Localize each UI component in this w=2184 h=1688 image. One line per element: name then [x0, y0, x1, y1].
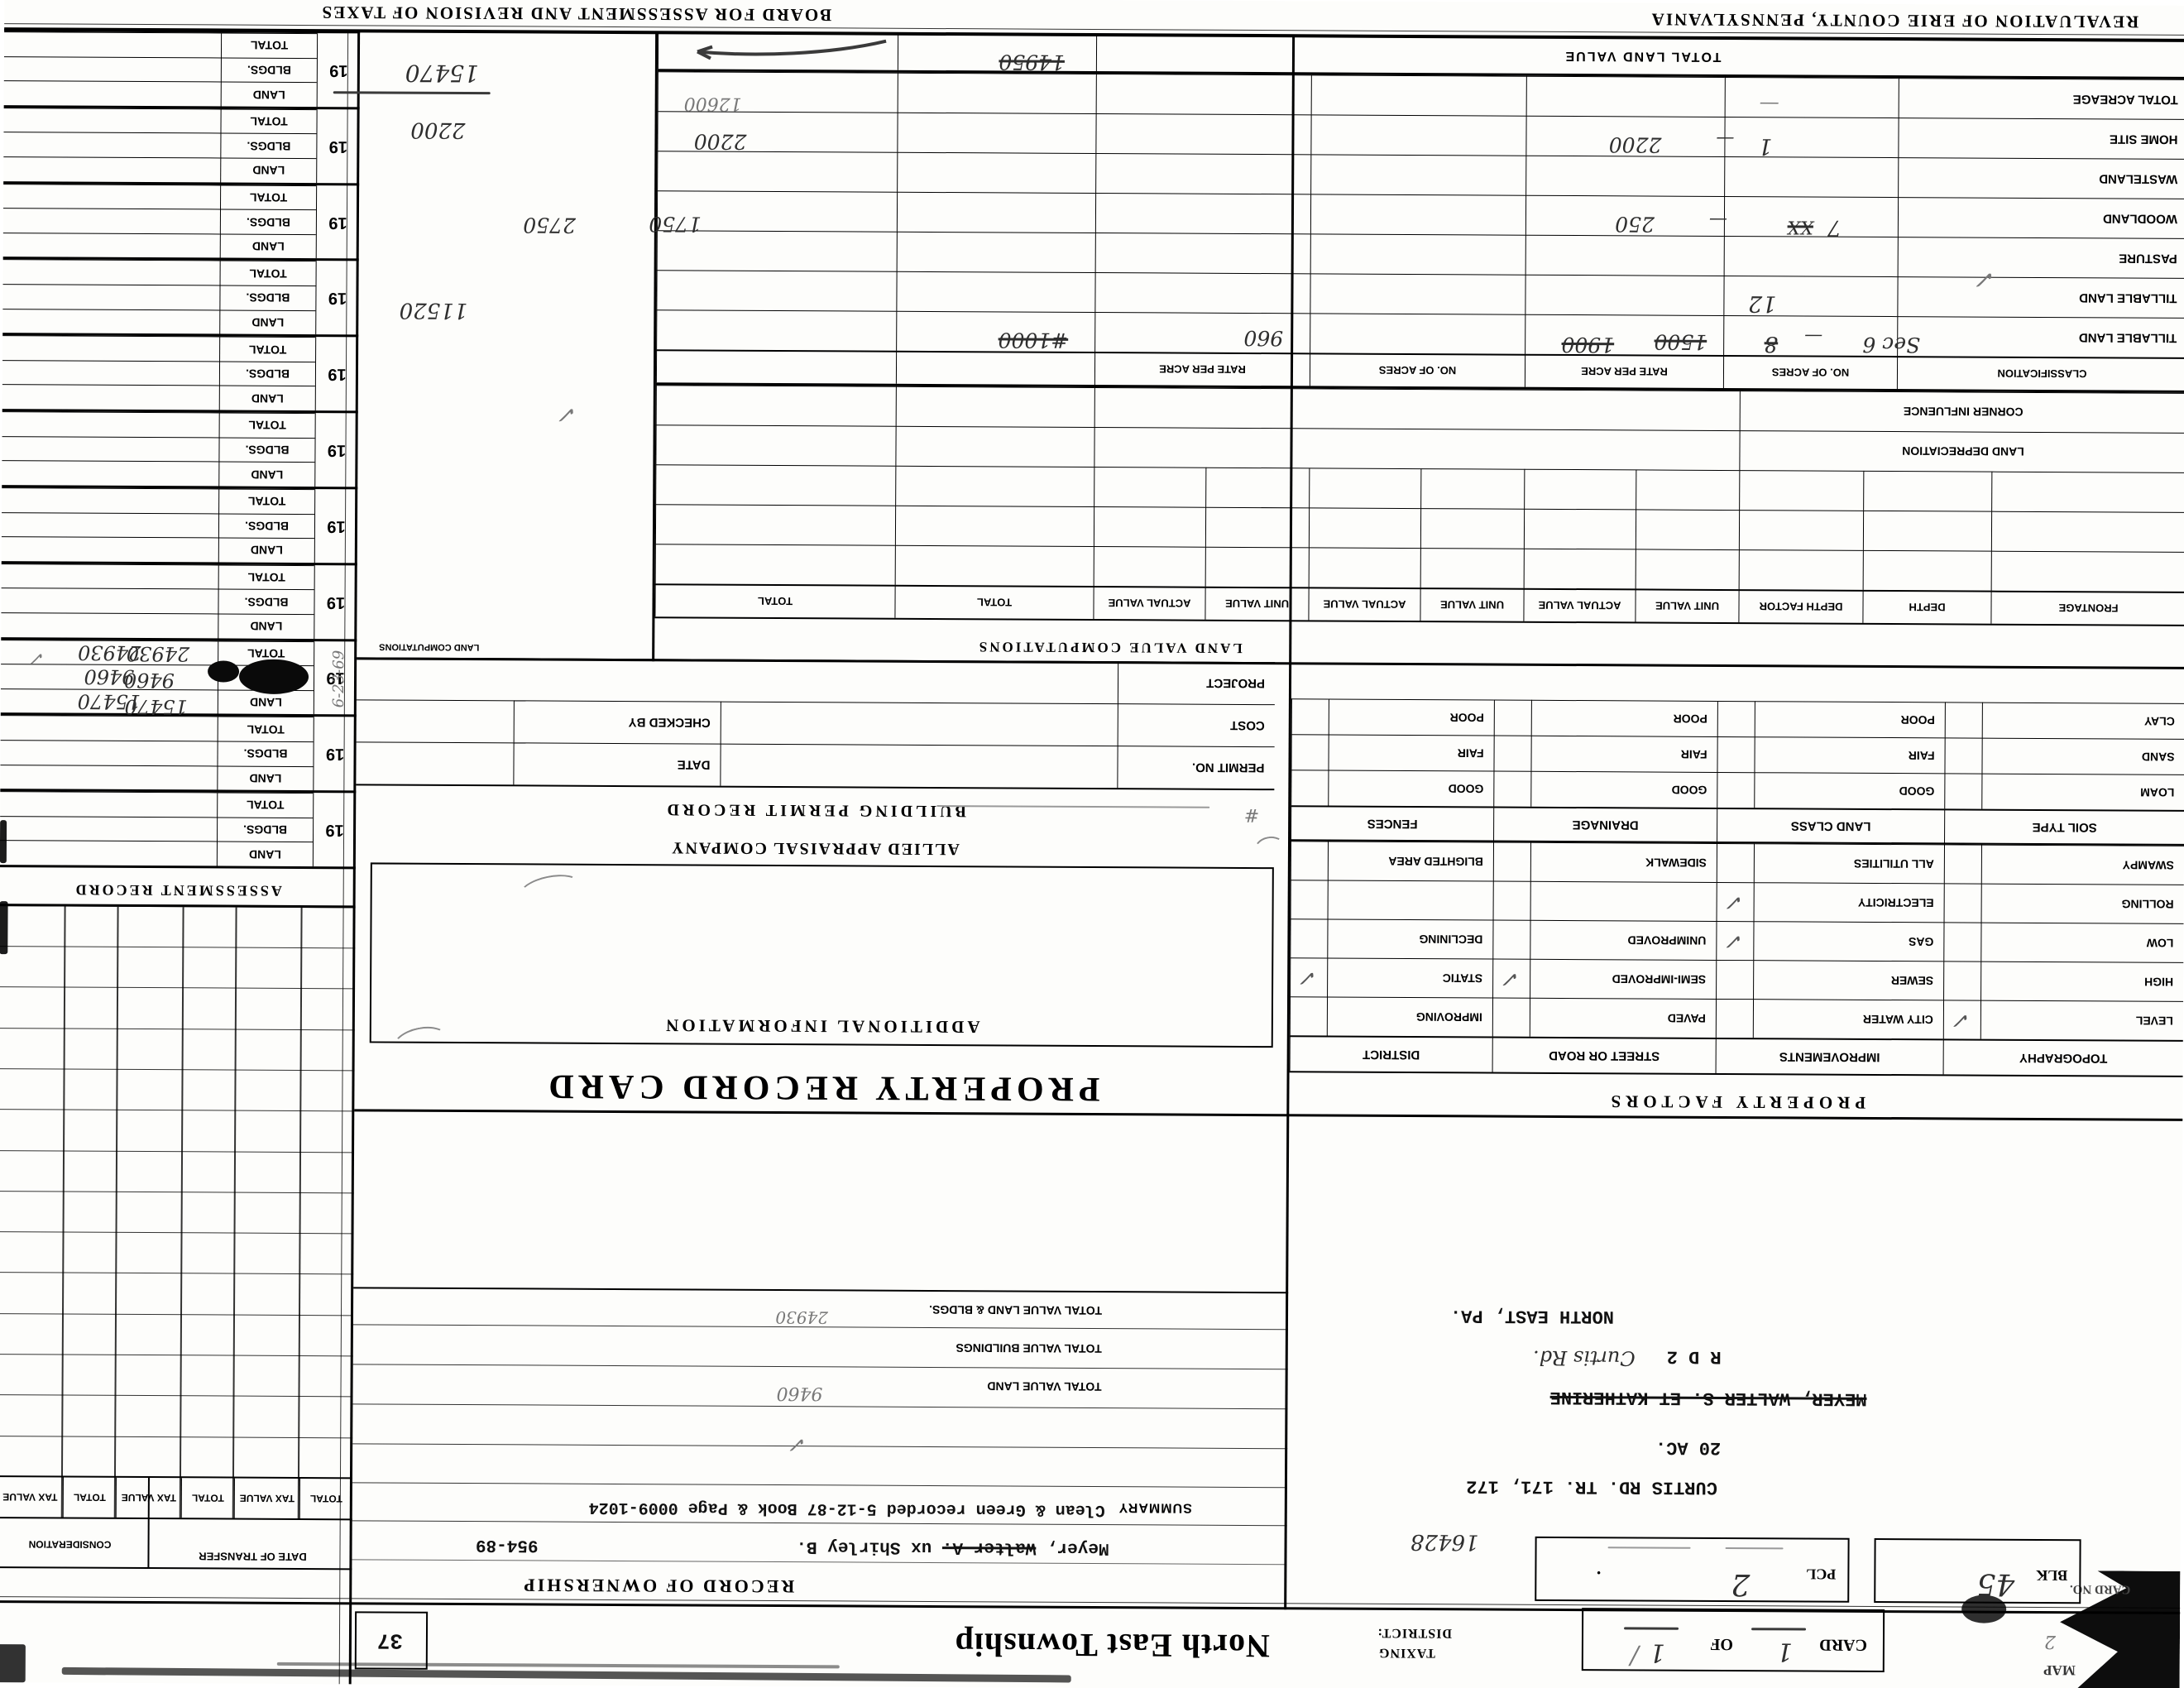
lvc-cell [1739, 470, 1863, 511]
permit-cell [720, 744, 1117, 789]
factor-group-header: IMPROVEMENTS [1716, 1038, 1943, 1074]
year-label-column: LANDBLDGS.TOTAL [217, 717, 313, 790]
factor-checkbox [1290, 918, 1327, 957]
factor-label: DECLINING [1327, 918, 1492, 958]
lvc-cell [1309, 507, 1420, 548]
year-value-column [0, 715, 217, 789]
ownership-table-rules [0, 1682, 2180, 1688]
year-row-value [2, 385, 219, 410]
lvc-cell [895, 545, 1094, 586]
factor-label: ELECTRICITY [1754, 882, 1944, 922]
lvc-header-cell: UNIT VALUE [1420, 587, 1523, 621]
factor-subcheckbox [1717, 772, 1754, 808]
permit-cell: COST [1118, 703, 1275, 746]
lvc-header-cell: FRONTAGE [1990, 591, 2184, 625]
township-name: North East Township [954, 1625, 1270, 1666]
year-value-column [3, 184, 220, 258]
pencil-note: Curtis Rd. [1533, 1348, 1636, 1369]
factor-sublabel: CLAY [1982, 703, 2184, 739]
class-value-cell [1525, 235, 1724, 276]
year-row-value [2, 335, 219, 361]
pencil-note: # [1244, 805, 1260, 823]
tax-column-line [114, 907, 119, 1518]
address-rd: R D 2 [1667, 1346, 1722, 1367]
class-value-cell [657, 230, 897, 271]
class-row: PASTURE [657, 230, 2184, 278]
lvc-cell [1524, 509, 1636, 549]
lvc-cell [655, 464, 895, 506]
factor-checkbox [1493, 842, 1530, 881]
year-block: 19LANDBLDGS.TOTAL [1, 561, 357, 639]
year-row-value [4, 80, 221, 106]
footer-right: BOARD FOR ASSESSMENT AND REVISION OF TAX… [320, 2, 831, 25]
year-row-label: TOTAL [218, 564, 314, 589]
ownership-row-2: Clean & Green recorded 5-12-87 Book & Pa… [589, 1498, 1105, 1519]
year-cell: 19 [313, 793, 356, 866]
factor-check-mark: ✓ [1953, 1007, 1971, 1032]
pencil-note: 2200 [410, 119, 465, 141]
year-row-label: BLDGS. [219, 361, 315, 386]
year-cell: 19 [317, 33, 360, 107]
pencil-note: — [1709, 210, 1727, 228]
lvc-blank-row [655, 544, 2184, 592]
class-value-cell [1096, 74, 1311, 114]
class-value-cell [1095, 233, 1310, 273]
pencil-note: 2750 [523, 214, 576, 235]
lvc-header-cell: UNIT VALUE [1205, 587, 1308, 621]
year-row-value [2, 309, 219, 334]
lvc-cell [1094, 506, 1205, 547]
pencil-line [1624, 1627, 1679, 1629]
building-permit-table: PERMIT NO.DATECOSTCHECKED BYPROJECT [356, 656, 1275, 790]
year-row-value [1, 587, 218, 613]
ruled-line [352, 1482, 1287, 1488]
factor-sublabel: POOR [1755, 701, 1945, 737]
year-row-label: TOTAL [220, 108, 316, 133]
factor-label: CITY WATER [1753, 999, 1943, 1038]
lvc-cell [1863, 511, 1991, 551]
footer-left: REVALUATION OF ERIE COUNTY, PENNSYLVANIA [1650, 9, 2139, 32]
year-block: 19LANDBLDGS.TOTAL [2, 333, 358, 410]
pencil-note: 15470 [124, 697, 187, 717]
year-label-column: LANDBLDGS.TOTAL [218, 413, 314, 487]
year-label-column: LANDBLDGS.TOTAL [217, 793, 313, 866]
year-row-value [4, 56, 221, 82]
year-cell: 19 [314, 413, 357, 487]
factor-checkbox: ✓ [1716, 921, 1753, 960]
class-value-cell [1724, 156, 1898, 197]
land-computations-label: LAND COMPUTATIONS [361, 641, 497, 652]
tax-column-line [61, 906, 66, 1517]
year-row-label: LAND [218, 462, 314, 487]
tax-column-line [298, 908, 303, 1518]
year-value-column [2, 411, 218, 486]
permit-cell: PROJECT [1118, 661, 1275, 704]
year-row-label: BLDGS. [220, 133, 316, 158]
lvc-cell [1420, 468, 1524, 509]
factor-checkbox [1944, 883, 1981, 922]
pencil-note: 16428 [1410, 1531, 1479, 1552]
factor-sublabel: FAIR [1530, 736, 1717, 772]
lvc-cell [1205, 547, 1309, 587]
year-row-value [3, 208, 220, 233]
pencil-note: 1 [1777, 1638, 1793, 1663]
class-value-cell [897, 152, 1095, 193]
lvc-cell [1205, 507, 1309, 548]
class-row: TILLABLE LAND [656, 270, 2184, 318]
lvc-header-cell: ACTUAL VALUE [1308, 587, 1420, 621]
pencil-note: 9460 [124, 670, 175, 690]
factor-subcheckbox [1945, 702, 1982, 737]
lvc-cell [895, 506, 1094, 546]
pencil-note: 12600 [684, 94, 742, 112]
owner-name-post: ux Shirley B. [796, 1537, 942, 1556]
factor-subcheckbox [1944, 737, 1981, 773]
class-header-cell: RATE PER ACRE [1094, 352, 1310, 386]
factor-checkbox [1291, 841, 1328, 880]
year-label-column: LANDBLDGS.TOTAL [219, 337, 315, 410]
class-value-cell [1310, 194, 1525, 234]
district-number: 37 [377, 1628, 403, 1652]
year-block: 19LANDBLDGS.TOTAL [3, 105, 359, 183]
factor-checkbox [1290, 996, 1327, 1035]
factor-checkbox: ✓ [1492, 959, 1530, 998]
class-value-cell [1525, 156, 1724, 196]
map-label-fragment: MAP [2043, 1662, 2076, 1678]
class-value-cell [897, 113, 1095, 153]
year-row-label: BLDGS. [218, 513, 314, 538]
class-row: TILLABLE LAND [656, 309, 2184, 357]
factor-subgroup-header: FENCES [1291, 805, 1493, 842]
factor-sublabel: GOOD [1754, 772, 1944, 808]
tax-column-line [232, 908, 237, 1518]
year-cell: 19 [313, 717, 356, 790]
class-value-cell [1526, 76, 1725, 117]
factor-label: SWAMPY [1981, 845, 2184, 885]
year-row-value [2, 460, 218, 486]
tax-value-header-row: TOTALTAX VALUETOTALTAX VALUETOTALTAX VAL… [0, 1477, 352, 1518]
factor-subgroup-header: LAND CLASS [1717, 808, 1944, 844]
class-value-cell [1310, 273, 1525, 314]
factor-sublabel: FAIR [1328, 734, 1493, 770]
lvc-cell [1863, 550, 1991, 591]
pencil-note: 960 [1243, 328, 1283, 348]
lvc-dep-row: CORNER INFLUENCE [656, 385, 2184, 433]
year-row-label: BLDGS. [218, 589, 314, 614]
property-record-card-title: PROPERTY RECORD CARD [354, 1065, 1289, 1110]
class-header-cell: NO. OF ACRES [1310, 352, 1525, 386]
pencil-note: XX [1788, 217, 1813, 235]
scanned-document: MAP CARD NO. CARD OF BLK PCL . TAXING DI… [0, 0, 2184, 1688]
class-header-cell [896, 351, 1094, 385]
lvc-header-cell: DEPTH [1862, 590, 1990, 624]
property-factors-table: TOPOGRAPHYIMPROVEMENTSSTREET OR ROADDIST… [1290, 698, 2184, 1077]
lvc-cell [1739, 510, 1863, 550]
class-header-cell: RATE PER ACRE [1525, 354, 1723, 388]
permit-cell [357, 699, 514, 742]
year-value-column [2, 487, 218, 562]
class-value-cell [1310, 154, 1525, 194]
year-block: 19LANDBLDGS.TOTAL [4, 29, 360, 107]
class-row-label: PASTURE [1898, 237, 2184, 278]
year-row-label: TOTAL [218, 488, 314, 513]
year-row-value [0, 765, 217, 790]
year-row-label: BLDGS. [217, 817, 313, 842]
address-street: CURTIS RD. TR. 171, 172 [1466, 1475, 1717, 1498]
lvc-cell [655, 504, 895, 545]
factor-sublabel: FAIR [1754, 736, 1944, 773]
pencil-note: 14950 [999, 51, 1065, 72]
year-label-column: LANDBLDGS.TOTAL [220, 185, 316, 258]
factor-subcheckbox [1493, 736, 1530, 771]
year-row-label: TOTAL [219, 413, 315, 438]
factor-subgroup-header: SOIL TYPE [1944, 808, 2184, 846]
year-block: 19LANDBLDGS.TOTAL [0, 712, 356, 790]
class-value-cell [657, 151, 897, 192]
factor-label: SEWER [1753, 960, 1943, 1000]
factor-group-header: STREET OR ROAD [1492, 1037, 1716, 1073]
tax-header-cell: TOTAL [299, 1479, 352, 1518]
year-block: 19LANDBLDGS.TOTAL [2, 485, 357, 563]
lvc-cell [1991, 551, 2184, 592]
class-row-label: TILLABLE LAND [1897, 316, 2184, 357]
year-row-label: LAND [218, 538, 314, 563]
ruled-line [352, 1520, 1287, 1526]
lvc-cell [656, 385, 896, 426]
year-row-label: TOTAL [217, 793, 313, 818]
date-of-transfer-header: DATE OF TRANSFER [170, 1550, 335, 1563]
factor-sublabel: POOR [1329, 698, 1494, 735]
class-value-cell [898, 73, 1096, 113]
pencil-note: — [1716, 129, 1734, 147]
factor-label: ALL UTILITIES [1754, 843, 1944, 883]
pencil-note: ✓ [789, 1433, 807, 1455]
year-cell: 19 [314, 489, 357, 563]
pencil-note: — [1804, 327, 1822, 345]
factor-row: SWAMPYALL UTILITIESSIDEWALKBLIGHTED AREA [1291, 841, 2184, 885]
factor-subrow: SANDFAIRFAIRFAIR [1291, 734, 2184, 774]
scan-streak [62, 1667, 1071, 1683]
pencil-note: 7 [1827, 217, 1842, 239]
factor-label: PAVED [1530, 998, 1716, 1038]
year-row-value [2, 360, 219, 386]
factor-subcheckbox [1717, 701, 1755, 736]
year-value-column [1, 563, 218, 638]
pencil-note: 2200 [694, 131, 747, 151]
class-value-cell [656, 309, 896, 351]
building-permit-title: BUILDING PERMIT RECORD [356, 798, 1274, 822]
address-city: NORTH EAST, PA. [1450, 1305, 1614, 1326]
lvc-dep-label: CORNER INFLUENCE [1740, 391, 2184, 433]
year-row-label: BLDGS. [221, 57, 317, 82]
factor-label: BLIGHTED AREA [1328, 841, 1493, 880]
factor-label: LEVEL [1980, 1000, 2183, 1040]
factor-group-header: DISTRICT [1290, 1035, 1492, 1072]
blk-label: BLK [2036, 1566, 2067, 1584]
pencil-note: ✓ [1976, 266, 1996, 291]
factor-row: ROLLINGELECTRICITY✓ [1291, 880, 2184, 923]
year-row-label: TOTAL [218, 717, 314, 741]
tax-table-rules [0, 1682, 2180, 1688]
factor-checkbox: ✓ [1943, 1000, 1980, 1038]
class-row: TOTAL ACREAGE [658, 71, 2184, 119]
lvc-dep-row: LAND DEPRECIATION [655, 424, 2184, 472]
permit-cell [357, 657, 1118, 703]
factor-subcheckbox [1291, 698, 1329, 734]
year-label-column: LANDBLDGS.TOTAL [218, 564, 314, 638]
pencil-note: ✓ [31, 648, 46, 666]
class-value-cell [896, 271, 1094, 312]
year-value-column [2, 335, 219, 410]
pencil-note: 1750 [649, 213, 702, 234]
factor-label [1328, 880, 1493, 919]
lvc-cell [1420, 548, 1524, 588]
year-row-value [3, 156, 220, 182]
factor-subcheckbox [1944, 773, 1981, 808]
appraisal-company-name: ALLIED APPRAISAL COMPANY [356, 836, 1274, 860]
year-row-value [2, 411, 219, 437]
year-row-label: TOTAL [220, 185, 316, 209]
summary-row-land: TOTAL VALUE LAND [987, 1379, 1101, 1393]
year-label-column: LANDBLDGS.TOTAL [220, 108, 316, 182]
ruled-line [0, 1436, 352, 1438]
factor-label: SIDEWALK [1530, 842, 1717, 882]
pencil-note: 2 [2044, 1632, 2056, 1650]
factor-group-header-row: TOPOGRAPHYIMPROVEMENTSSTREET OR ROADDIST… [1290, 1035, 2183, 1077]
owner-name-struck: Walter A. [942, 1537, 1037, 1557]
factor-checkbox [1492, 998, 1530, 1037]
year-cell: 19 [314, 565, 357, 639]
factor-row: LOWGAS✓UNIMPROVEDDECLINING [1290, 918, 2183, 962]
lvc-dep-label: LAND DEPRECIATION [1739, 430, 2184, 472]
pencil-note: 15470 [405, 61, 479, 84]
lvc-cell [1094, 427, 1739, 470]
pencil-note: — [1760, 94, 1779, 114]
consideration-header: CONSIDERATION [0, 1538, 141, 1551]
lvc-cell [1991, 511, 2184, 552]
factor-checkbox [1291, 880, 1328, 918]
pcl-box [1535, 1537, 1849, 1603]
pencil-note: 1 [1650, 1640, 1665, 1665]
factor-sublabel: SAND [1981, 738, 2184, 774]
factor-sublabel: LOAM [1981, 774, 2184, 810]
summary-row-land-bldgs: TOTAL VALUE LAND & BLDGS. [929, 1303, 1102, 1317]
assessment-record-title: ASSESSMENT RECORD [0, 880, 356, 899]
year-row-label: BLDGS. [219, 285, 315, 310]
lvc-header-cell: DEPTH FACTOR [1738, 589, 1862, 623]
class-row: WOODLAND [657, 190, 2184, 238]
pencil-note: 2200 [1609, 134, 1662, 155]
factor-checkbox: ✓ [1717, 882, 1754, 921]
pencil-line [1751, 1628, 1806, 1630]
factor-checkbox [1943, 922, 1980, 961]
year-row-label: LAND [217, 765, 313, 790]
year-row-label: LAND [219, 309, 315, 334]
factor-check-mark: ✓ [1300, 965, 1318, 990]
year-value-column [2, 260, 219, 334]
factor-label: UNIMPROVED [1530, 920, 1716, 960]
lvc-blank-row [655, 464, 2184, 512]
year-block: 19LANDBLDGS.TOTAL [2, 257, 358, 335]
address-acreage: 20 AC. [1655, 1437, 1721, 1458]
pencil-note: 1900 [1561, 334, 1614, 355]
lvc-cell [895, 466, 1094, 506]
stamp-blob [208, 660, 239, 682]
ownership-row-1-ref: 954-89 [476, 1535, 539, 1554]
factor-subcheckbox [1717, 736, 1754, 772]
ruled-line [352, 1443, 1287, 1449]
class-row: WASTELAND [657, 151, 2184, 199]
factor-check-mark: ✓ [1727, 890, 1745, 914]
lvc-cell [1420, 508, 1524, 549]
lvc-header-cell: TOTAL [894, 585, 1093, 619]
pencil-squiggle [1252, 834, 1287, 865]
pencil-arrow [682, 31, 889, 69]
class-value-cell [1310, 233, 1525, 274]
ruled-line [353, 1364, 1288, 1369]
lvc-cell [1094, 467, 1205, 507]
pencil-note: 1500 [1654, 332, 1707, 352]
year-label-column: LANDBLDGS.TOTAL [218, 488, 314, 562]
lvc-header-cell: ACTUAL VALUE [1523, 588, 1635, 622]
factor-subgroup-header: DRAINAGE [1493, 807, 1717, 843]
class-header-cell [656, 349, 896, 384]
factor-checkbox [1716, 960, 1753, 999]
pencil-note: 8 [1765, 333, 1779, 354]
permit-row: PROJECT [357, 657, 1275, 704]
year-row-value [4, 31, 221, 57]
pencil-note: 250 [1615, 213, 1655, 234]
pencil-note: 1 [1758, 135, 1772, 157]
class-value-cell [1094, 272, 1310, 313]
pencil-note: 9460 [776, 1383, 822, 1402]
factor-label: LOW [1980, 923, 2183, 962]
class-value-cell [1095, 113, 1310, 154]
factor-subcheckbox [1493, 771, 1530, 807]
year-row-label: LAND [220, 158, 316, 183]
factor-checkbox [1717, 843, 1754, 882]
factor-check-mark: ✓ [1502, 966, 1521, 991]
factor-label: GAS [1753, 921, 1943, 961]
year-cell: 19 [316, 185, 359, 259]
factor-label: HIGH [1980, 961, 2183, 1001]
tax-header-cell: TAX VALUE [0, 1477, 63, 1517]
year-row-label: LAND [218, 613, 314, 638]
year-row-value [2, 284, 219, 309]
class-value-cell [898, 33, 1096, 71]
year-row-value [0, 840, 217, 866]
assessment-year-blocks: 19LANDBLDGS.TOTAL19LANDBLDGS.TOTAL19LAND… [0, 29, 360, 866]
factor-sublabel: GOOD [1530, 771, 1717, 808]
year-row-value [1, 715, 218, 741]
class-row: HOME SITE [657, 111, 2184, 159]
lvc-cell [1636, 509, 1739, 549]
year-row-value [2, 536, 218, 562]
lvc-cell [1863, 471, 1991, 511]
class-header-cell: CLASSIFICATION [1897, 356, 2184, 391]
permit-cell [356, 741, 513, 784]
lvc-header-cell: ACTUAL VALUE [1093, 586, 1205, 620]
year-row-value [2, 487, 218, 513]
permit-cell: DATE [513, 742, 720, 785]
class-value-cell [1310, 114, 1525, 155]
class-value-cell [1095, 193, 1310, 233]
permit-cell: PERMIT NO. [1117, 746, 1274, 789]
class-row-label: TILLABLE LAND [1897, 276, 2184, 318]
district-label: DISTRICT: [1377, 1625, 1452, 1640]
ownership-row-1: Meyer, Walter A. ux Shirley B. [796, 1537, 1109, 1557]
lvc-cell [1739, 549, 1863, 590]
